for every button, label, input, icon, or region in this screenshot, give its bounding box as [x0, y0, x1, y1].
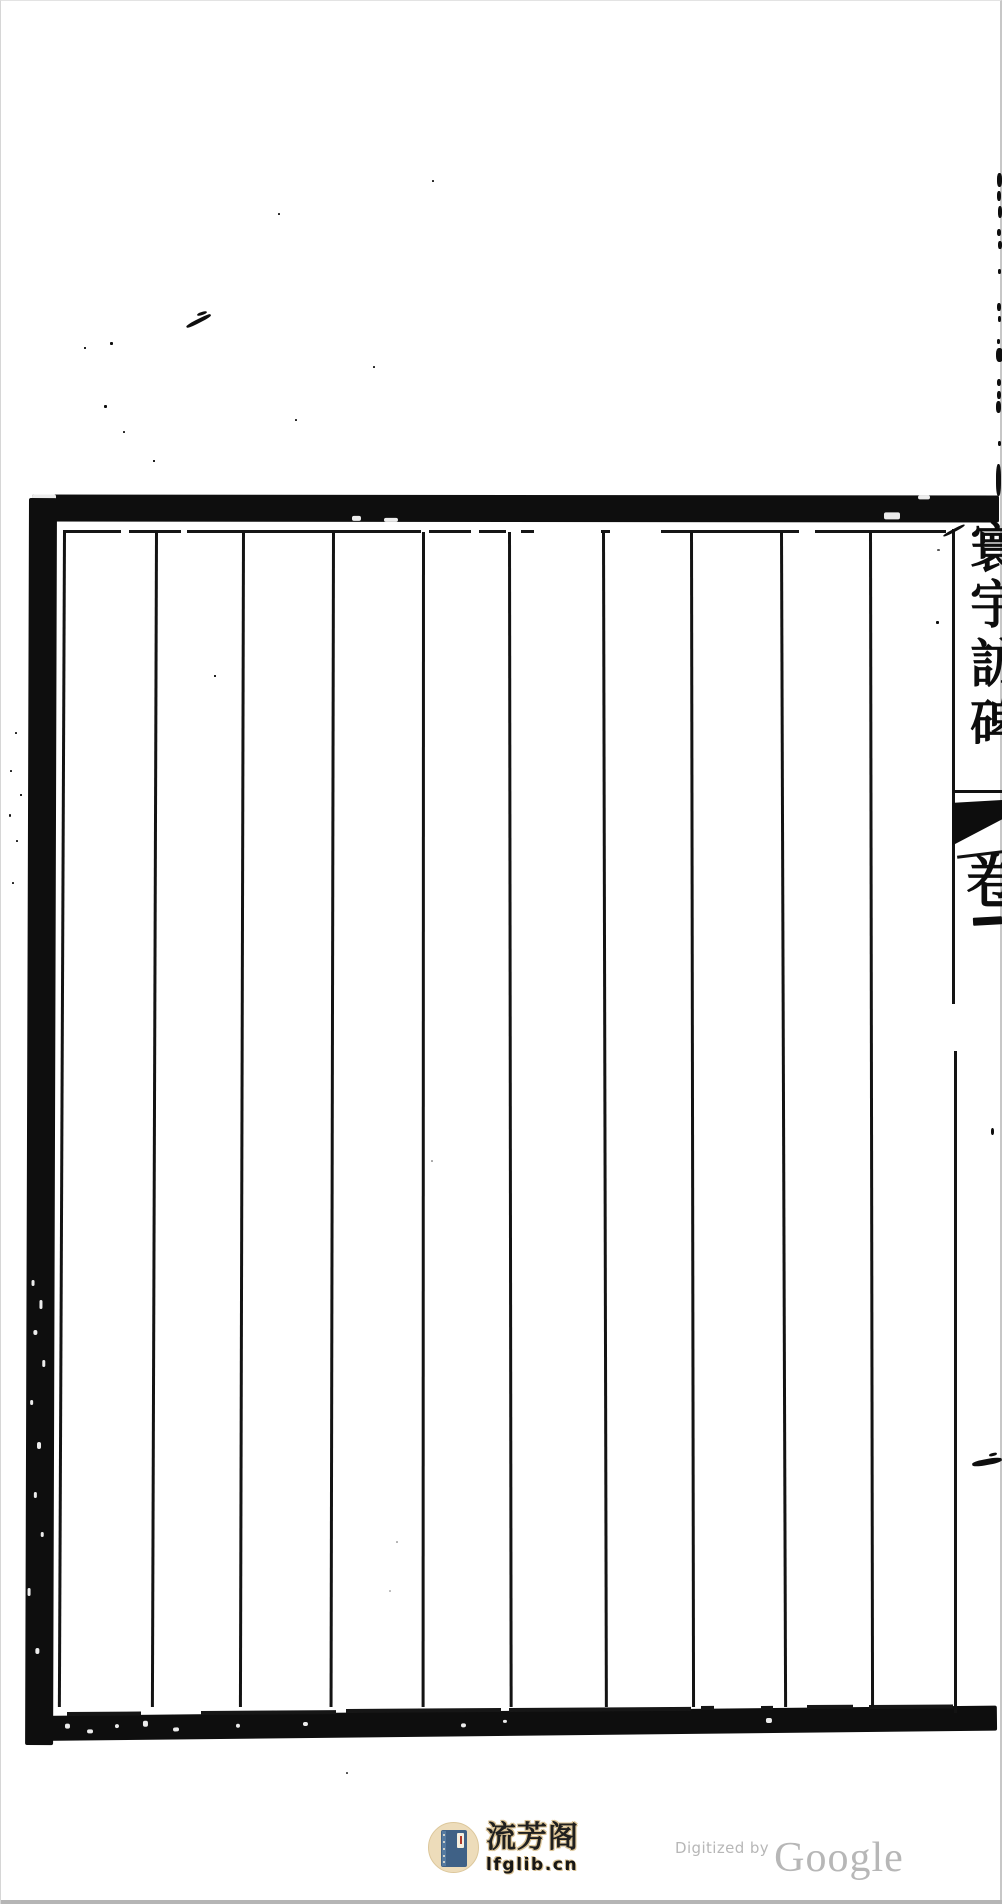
banxin-boundary-line — [954, 1051, 957, 1713]
lfglib-logo — [428, 1822, 479, 1873]
scan-speck — [432, 180, 434, 182]
column-line — [869, 532, 874, 1707]
banxin-title-char: 碑 — [970, 697, 1002, 753]
scan-speck — [110, 342, 113, 345]
scan-speck — [991, 1128, 994, 1135]
google-logo: Google — [774, 1835, 904, 1881]
column-line — [330, 532, 335, 1707]
scan-speck — [996, 401, 1001, 413]
banxin-boundary-line — [952, 529, 955, 1004]
scan-speck — [431, 1160, 433, 1162]
scan-speck — [123, 431, 125, 433]
column-line — [780, 532, 787, 1707]
scan-speck — [295, 419, 297, 421]
scan-speck — [997, 191, 1001, 201]
scan-speck — [373, 366, 375, 368]
scan-speck — [996, 464, 1001, 496]
scan-speck — [12, 882, 14, 884]
scan-speck — [20, 794, 22, 796]
scan-speck — [997, 391, 1001, 399]
scan-speck — [998, 269, 1001, 274]
scan-speck — [214, 675, 216, 677]
column-line — [602, 532, 607, 1707]
banxin-title-char: 訪 — [970, 637, 1002, 693]
scan-speck — [996, 348, 1002, 362]
scan-speck — [104, 405, 107, 408]
scan-speck — [989, 1452, 998, 1457]
watermark-site-name: 流芳阁 — [486, 1821, 606, 1854]
scan-speck — [998, 441, 1001, 446]
scan-speck — [396, 1541, 398, 1543]
juan-number-char: 一 — [973, 916, 1002, 926]
scan-speck — [997, 379, 1001, 386]
scan-speck — [937, 549, 940, 551]
scan-speck — [998, 241, 1002, 249]
digitized-by-text: Digitized by — [675, 1839, 769, 1857]
scan-speck — [84, 347, 86, 349]
scan-speck — [9, 814, 11, 817]
google-credit: Digitized by Google — [675, 1834, 904, 1882]
juan-label-char: 卷 — [966, 851, 1002, 913]
scan-speck — [936, 621, 939, 624]
column-line — [508, 532, 512, 1707]
scan-bottom-edge — [1, 1900, 1002, 1904]
column-line — [239, 532, 245, 1707]
scan-speck — [997, 229, 1001, 236]
scan-speck — [997, 173, 1002, 187]
watermark-site-url: lfglib.cn — [486, 1855, 606, 1875]
banxin-title-char: 寰 — [970, 522, 1002, 578]
scan-speck — [153, 460, 155, 462]
banxin-title-char: 宇 — [970, 578, 1002, 634]
scanned-page: 寰宇訪碑 卷 一 流芳阁 lfglib.cn Digitized by — [0, 0, 1002, 1904]
frame-left-border — [25, 498, 57, 1745]
scan-speck — [15, 732, 17, 734]
fishtail-icon — [952, 800, 1002, 847]
scan-speck — [346, 1772, 348, 1774]
banxin-divider-line — [953, 790, 1002, 793]
column-line — [58, 532, 66, 1707]
scan-speck — [278, 213, 280, 215]
scan-speck — [389, 1590, 391, 1592]
frame-top-border — [32, 494, 999, 522]
column-line — [151, 532, 158, 1707]
scan-speck — [10, 770, 12, 772]
scan-speck — [998, 206, 1002, 218]
column-line — [422, 532, 425, 1707]
scan-speck — [972, 1456, 1002, 1467]
column-line — [690, 532, 695, 1707]
thread-bound-book-icon — [441, 1830, 467, 1867]
scan-speck — [998, 316, 1001, 322]
scan-speck — [997, 303, 1001, 311]
scan-speck — [16, 840, 18, 842]
scan-speck — [997, 339, 1000, 344]
